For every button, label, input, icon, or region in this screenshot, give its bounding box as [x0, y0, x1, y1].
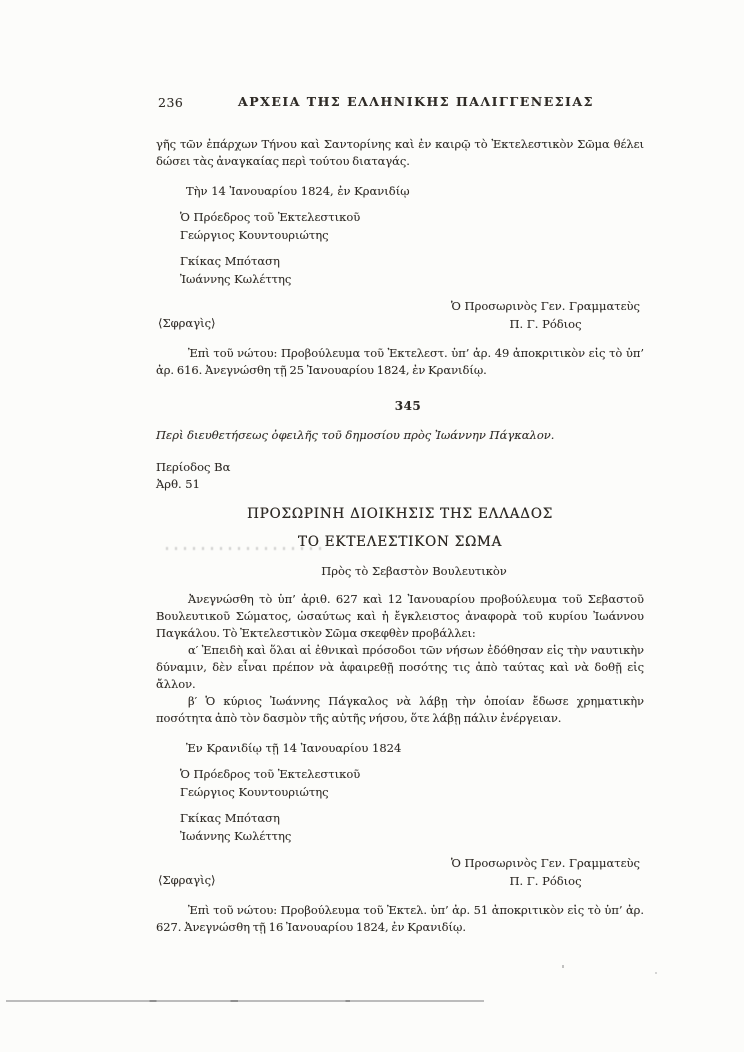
scan-smudge-artifact: [166, 547, 324, 550]
member-name: Ἰωάννης Κωλέττης: [180, 828, 644, 846]
period-label: Περίοδος Βα: [156, 459, 644, 476]
scan-speck-artifact: [562, 965, 564, 968]
document-number: 345: [164, 399, 652, 413]
seal-note: ⟨Σφραγὶς⟩: [158, 315, 216, 333]
page-header-title: ΑΡΧΕΙΑ ΤΗΣ ΕΛΛΗΝΙΚΗΣ ΠΑΛΙΓΓΕΝΕΣΙΑΣ: [172, 94, 660, 109]
doc-345-meta: Περίοδος Βα Ἀρθ. 51: [156, 459, 644, 493]
doc-344-body-text: γῆς τῶν ἐπάρχων Τήνου καὶ Σαντορίνης καὶ…: [156, 136, 644, 170]
secretary-title: Ὁ Προσωρινὸς Γεν. Γραμματεὺς: [451, 855, 640, 873]
doc-345-members-block: Γκίκας Μπόταση Ἰωάννης Κωλέττης: [180, 810, 644, 845]
doc-344-president-block: Ὁ Πρόεδρος τοῦ Ἐκτελεστικοῦ Γεώργιος Κου…: [180, 209, 644, 244]
doc-344-members-block: Γκίκας Μπόταση Ἰωάννης Κωλέττης: [180, 253, 644, 288]
secretary-name: Π. Γ. Ρόδιος: [451, 873, 640, 891]
doc-345-paragraph: Ἀνεγνώσθη τὸ ὑπ’ ἀριθ. 627 καὶ 12 Ἰανουα…: [156, 591, 644, 642]
administration-heading: ΠΡΟΣΩΡΙΝΗ ΔΙΟΙΚΗΣΙΣ ΤΗΣ ΕΛΛΑΔΟΣ: [156, 506, 644, 522]
secretary-title: Ὁ Προσωρινὸς Γεν. Γραμματεὺς: [451, 298, 640, 316]
doc-345-item-a: α′ Ἐπειδὴ καὶ ὅλαι αἱ ἐθνικαὶ πρόσοδοι τ…: [156, 642, 644, 693]
seal-note: ⟨Σφραγὶς⟩: [158, 872, 216, 890]
running-header: 236 ΑΡΧΕΙΑ ΤΗΣ ΕΛΛΗΝΙΚΗΣ ΠΑΛΙΓΓΕΝΕΣΙΑΣ: [156, 94, 644, 112]
doc-345-verso-note: Ἐπὶ τοῦ νώτου: Προβούλευμα τοῦ Ἐκτελ. ὑπ…: [156, 902, 644, 936]
page-content: 236 ΑΡΧΕΙΑ ΤΗΣ ΕΛΛΗΝΙΚΗΣ ΠΑΛΙΓΓΕΝΕΣΙΑΣ γ…: [156, 94, 644, 936]
doc-345-president-block: Ὁ Πρόεδρος τοῦ Ἐκτελεστικοῦ Γεώργιος Κου…: [180, 766, 644, 801]
secretary-name: Π. Γ. Ρόδιος: [451, 316, 640, 334]
doc-344-secretary-row: ⟨Σφραγὶς⟩ Ὁ Προσωρινὸς Γεν. Γραμματεὺς Π…: [156, 298, 644, 333]
secretary-block: Ὁ Προσωρινὸς Γεν. Γραμματεὺς Π. Γ. Ρόδιο…: [451, 298, 640, 333]
scan-line-artifact: [6, 1000, 484, 1002]
president-name: Γεώργιος Κουντουριώτης: [180, 784, 644, 802]
doc-344-dateline: Τὴν 14 Ἰανουαρίου 1824, ἐν Κρανιδίῳ: [186, 183, 644, 200]
member-name: Γκίκας Μπόταση: [180, 810, 644, 828]
doc-345-secretary-row: ⟨Σφραγὶς⟩ Ὁ Προσωρινὸς Γεν. Γραμματεὺς Π…: [156, 855, 644, 890]
doc-344-verso-note: Ἐπὶ τοῦ νώτου: Προβούλευμα τοῦ Ἐκτελεστ.…: [156, 345, 644, 379]
doc-345-summary: Περὶ διευθετήσεως ὀφειλῆς τοῦ δημοσίου π…: [156, 427, 644, 444]
scan-speck-artifact: [655, 972, 657, 974]
member-name: Γκίκας Μπόταση: [180, 253, 644, 271]
salutation-line: Πρὸς τὸ Σεβαστὸν Βουλευτικὸν: [170, 564, 658, 578]
scanned-book-page: 236 ΑΡΧΕΙΑ ΤΗΣ ΕΛΛΗΝΙΚΗΣ ΠΑΛΙΓΓΕΝΕΣΙΑΣ γ…: [0, 0, 744, 1052]
member-name: Ἰωάννης Κωλέττης: [180, 271, 644, 289]
president-title: Ὁ Πρόεδρος τοῦ Ἐκτελεστικοῦ: [180, 766, 644, 784]
secretary-block: Ὁ Προσωρινὸς Γεν. Γραμματεὺς Π. Γ. Ρόδιο…: [451, 855, 640, 890]
doc-345-dateline: Ἐν Κρανιδίῳ τῇ 14 Ἰανουαρίου 1824: [186, 740, 644, 757]
doc-345-item-b: β′ Ὁ κύριος Ἰωάννης Πάγκαλος νὰ λάβῃ τὴν…: [156, 693, 644, 727]
article-label: Ἀρθ. 51: [156, 476, 644, 493]
president-title: Ὁ Πρόεδρος τοῦ Ἐκτελεστικοῦ: [180, 209, 644, 227]
president-name: Γεώργιος Κουντουριώτης: [180, 227, 644, 245]
